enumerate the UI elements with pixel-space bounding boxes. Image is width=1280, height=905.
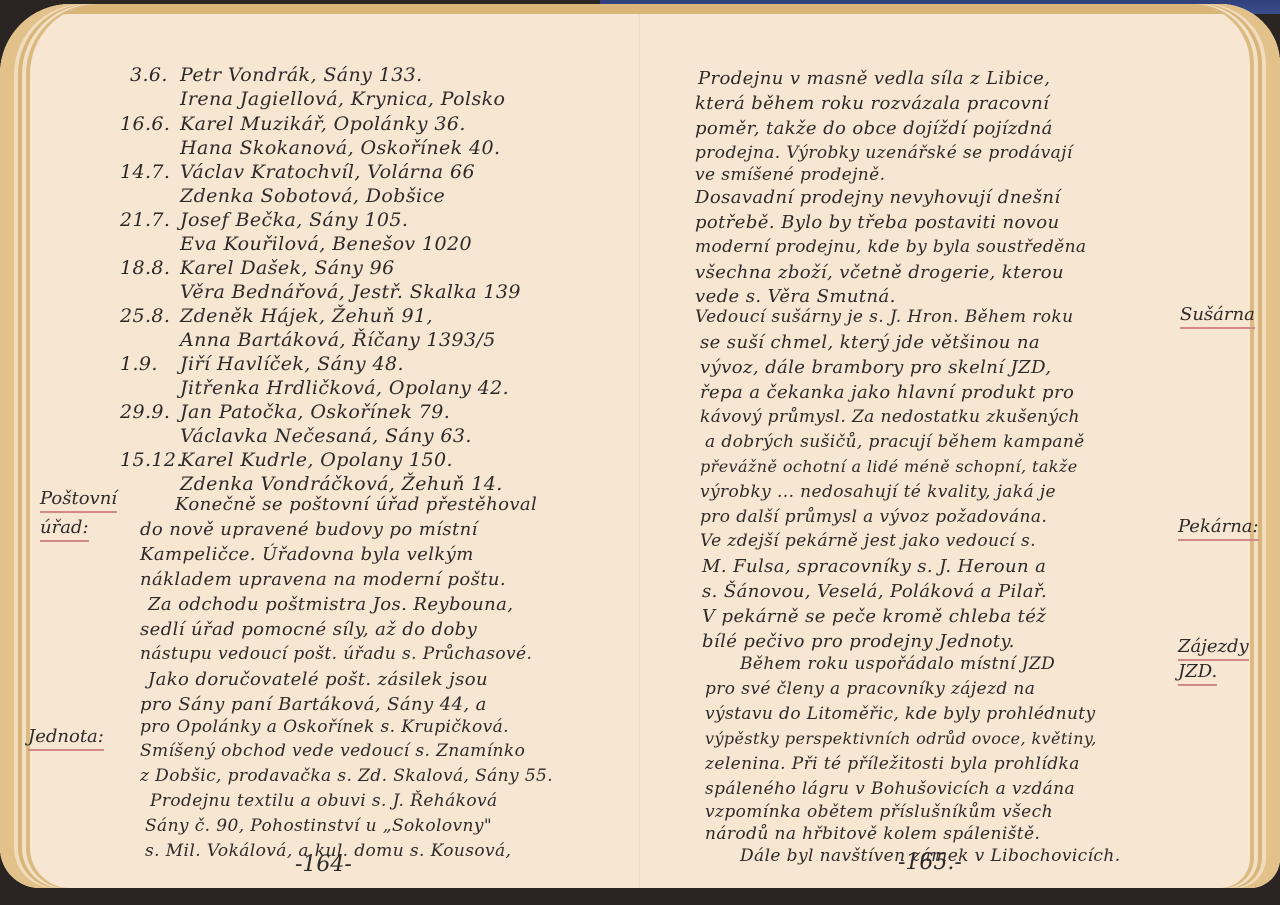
entry-row: Irena Jagiellová, Krynica, Polsko [180, 88, 505, 110]
text-line: do nově upravené budovy po místní [140, 519, 478, 540]
entry-row: Václavka Nečesaná, Sány 63. [180, 425, 472, 447]
text-line: moderní prodejnu, kde by byla soustředěn… [695, 237, 1086, 257]
text-line: poměr, takže do obce dojíždí pojízdná [695, 118, 1053, 139]
entry-row: 21.7.Josef Bečka, Sány 105. [120, 209, 408, 231]
page-number: -165.- [898, 850, 962, 875]
entry-row: 25.8.Zdeněk Hájek, Žehuň 91, [120, 305, 433, 327]
entry-name: Irena Jagiellová, Krynica, Polsko [180, 88, 505, 110]
entry-name: Eva Kouřilová, Benešov 1020 [180, 233, 472, 255]
entry-name: Petr Vondrák, Sány 133. [180, 64, 423, 86]
text-line: Prodejnu v masně vedla síla z Libice, [698, 68, 1050, 89]
margin-note-postal-office: Poštovní úřad: [40, 488, 117, 542]
text-line: Smíšený obchod vede vedoucí s. Znamínko [140, 741, 525, 761]
margin-note-text: Jednota: [28, 726, 104, 751]
entry-name: Karel Muzikář, Opolánky 36. [180, 113, 466, 135]
entry-row: Hana Skokanová, Oskořínek 40. [180, 137, 500, 159]
text-line: Prodejnu textilu a obuvi s. J. Řeháková [150, 791, 498, 811]
text-line: s. Šánovou, Veselá, Poláková a Pilař. [702, 581, 1047, 602]
entry-name: Karel Dašek, Sány 96 [180, 257, 395, 279]
entry-row: Anna Bartáková, Říčany 1393/5 [180, 329, 496, 351]
text-line: pro Sány paní Bartáková, Sány 44, a [140, 694, 487, 715]
text-line: Jako doručovatelé pošt. zásilek jsou [148, 669, 488, 690]
entry-date: 29.9. [120, 401, 180, 423]
entry-row: 1.9.Jiří Havlíček, Sány 48. [120, 353, 404, 375]
text-line: vede s. Věra Smutná. [695, 286, 896, 307]
text-line: Během roku uspořádalo místní JZD [740, 654, 1055, 674]
entry-name: Zdenka Sobotová, Dobšice [180, 185, 445, 207]
text-line: sedlí úřad pomocné síly, až do doby [140, 619, 477, 640]
text-line: zelenina. Při té příležitosti byla prohl… [705, 754, 1080, 774]
margin-note-bakery: Pekárna: [1178, 516, 1259, 541]
entry-row: Zdenka Sobotová, Dobšice [180, 185, 445, 207]
text-line: Za odchodu poštmistra Jos. Reybouna, [148, 594, 513, 615]
text-line: potřebě. Bylo by třeba postaviti novou [695, 212, 1060, 233]
text-line: se suší chmel, který jde většinou na [700, 332, 1040, 353]
entry-name: Zdeněk Hájek, Žehuň 91, [180, 305, 433, 327]
text-line: nákladem upravena na moderní poštu. [140, 569, 506, 590]
entry-name: Anna Bartáková, Říčany 1393/5 [180, 329, 496, 351]
entry-date: 18.8. [120, 257, 180, 279]
entry-row: 29.9.Jan Patočka, Oskořínek 79. [120, 401, 450, 423]
text-line: Konečně se poštovní úřad přestěhoval [175, 494, 537, 515]
text-line: ve smíšené prodejně. [695, 165, 885, 185]
text-line: nástupu vedoucí pošt. úřadu s. Průchasov… [140, 644, 532, 664]
margin-note-jednota: Jednota: [28, 726, 104, 751]
entry-name: Zdenka Vondráčková, Žehuň 14. [180, 473, 503, 495]
entry-row: 14.7.Václav Kratochvíl, Volárna 66 [120, 161, 475, 183]
margin-note-text: Zájezdy [1178, 636, 1249, 661]
text-line: výpěstky perspektivních odrůd ovoce, kvě… [705, 729, 1097, 748]
margin-note-dryer: Sušárna [1180, 304, 1255, 329]
text-line: pro Opolánky a Oskořínek s. Krupičková. [140, 717, 509, 737]
text-line: všechna zboží, včetně drogerie, kterou [695, 262, 1064, 283]
text-line: bílé pečivo pro prodejny Jednoty. [702, 631, 1015, 652]
text-line: řepa a čekanka jako hlavní produkt pro [700, 382, 1074, 403]
entry-date: 25.8. [120, 305, 180, 327]
margin-note-trips: Zájezdy JZD. [1178, 636, 1249, 686]
text-line: která během roku rozvázala pracovní [695, 93, 1049, 114]
entry-name: Josef Bečka, Sány 105. [180, 209, 408, 231]
left-page: 3.6.Petr Vondrák, Sány 133. Irena Jagiel… [0, 4, 640, 888]
entry-row: Věra Bednářová, Jestř. Skalka 139 [180, 281, 521, 303]
margin-note-text: Poštovní [40, 488, 117, 513]
text-line: prodejna. Výrobky uzenářské se prodávají [695, 143, 1073, 163]
text-line: výstavu do Litoměřic, kde byly prohlédnu… [705, 704, 1096, 724]
text-line: Dosavadní prodejny nevyhovují dnešní [695, 187, 1061, 208]
entry-name: Karel Kudrle, Opolany 150. [180, 449, 453, 471]
text-line: Sány č. 90, Pohostinství u „Sokolovny" [145, 816, 492, 836]
entry-date: 16.6. [120, 113, 180, 135]
text-line: a dobrých sušičů, pracují během kampaně [705, 432, 1085, 452]
text-line: výrobky ... nedosahují té kvality, jaká … [700, 482, 1056, 502]
text-line: pro své členy a pracovníky zájezd na [705, 679, 1035, 699]
margin-note-text: JZD. [1178, 661, 1217, 686]
entry-name: Václav Kratochvíl, Volárna 66 [180, 161, 475, 183]
entry-date: 1.9. [120, 353, 180, 375]
text-line: vzpomínka obětem příslušníkům všech [705, 802, 1053, 822]
entry-row: Jitřenka Hrdličková, Opolany 42. [180, 377, 509, 399]
margin-note-text: Pekárna: [1178, 516, 1259, 541]
entry-row: 16.6.Karel Muzikář, Opolánky 36. [120, 113, 466, 135]
entry-name: Václavka Nečesaná, Sány 63. [180, 425, 472, 447]
entry-row: 3.6.Petr Vondrák, Sány 133. [130, 64, 423, 86]
text-line: pro další průmysl a vývoz požadována. [700, 507, 1047, 527]
text-line: M. Fulsa, spracovníky s. J. Heroun a [702, 556, 1046, 577]
entry-row: 15.12.Karel Kudrle, Opolany 150. [120, 449, 453, 471]
entry-name: Hana Skokanová, Oskořínek 40. [180, 137, 500, 159]
entry-date: 3.6. [130, 64, 180, 86]
entry-date: 14.7. [120, 161, 180, 183]
text-line: V pekárně se peče kromě chleba též [702, 606, 1046, 627]
entry-name: Jiří Havlíček, Sány 48. [180, 353, 404, 375]
right-page: Prodejnu v masně vedla síla z Libice, kt… [640, 4, 1280, 888]
text-line: Ve zdejší pekárně jest jako vedoucí s. [700, 531, 1036, 551]
entry-row: Eva Kouřilová, Benešov 1020 [180, 233, 472, 255]
entry-row: 18.8.Karel Dašek, Sány 96 [120, 257, 395, 279]
text-line: Vedoucí sušárny je s. J. Hron. Během rok… [695, 307, 1073, 327]
margin-note-text: úřad: [40, 517, 89, 542]
entry-date: 21.7. [120, 209, 180, 231]
text-line: vývoz, dále brambory pro skelní JZD, [700, 357, 1051, 378]
text-line: z Dobšic, prodavačka s. Zd. Skalová, Sán… [140, 766, 553, 786]
entry-name: Jan Patočka, Oskořínek 79. [180, 401, 450, 423]
entry-row: Zdenka Vondráčková, Žehuň 14. [180, 473, 503, 495]
text-line: národů na hřbitově kolem spáleniště. [705, 824, 1040, 844]
entry-name: Jitřenka Hrdličková, Opolany 42. [180, 377, 509, 399]
entry-name: Věra Bednářová, Jestř. Skalka 139 [180, 281, 521, 303]
text-line: spáleného lágru v Bohušovicích a vzdána [705, 779, 1075, 799]
entry-date: 15.12. [120, 449, 180, 471]
page-number: -164- [295, 852, 352, 877]
text-line: převážně ochotní a lidé méně schopní, ta… [700, 457, 1078, 476]
text-line: kávový průmysl. Za nedostatku zkušených [700, 407, 1080, 427]
text-line: Kampeličce. Úřadovna byla velkým [140, 544, 474, 565]
margin-note-text: Sušárna [1180, 304, 1255, 329]
